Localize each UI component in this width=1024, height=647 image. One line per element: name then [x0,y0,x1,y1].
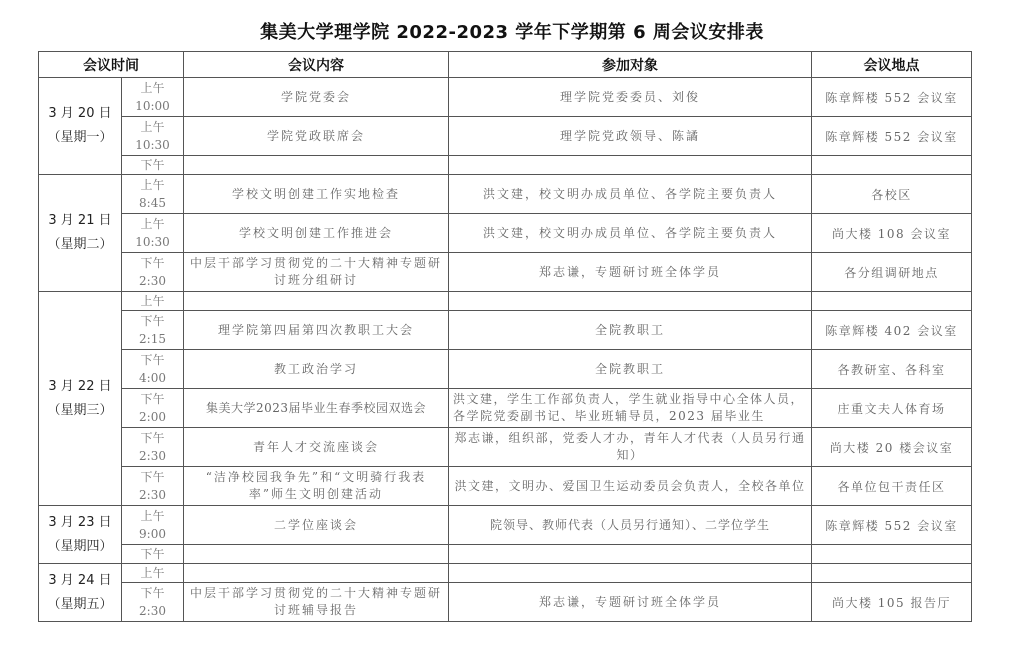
table-row: 下午2:15 理学院第四届第四次教职工大会 全院教职工 陈章辉楼 402 会议室 [39,311,972,350]
time-cell: 下午2:30 [122,428,184,467]
attendees-cell: 理学院党委委员、刘俊 [449,78,812,117]
location-cell [812,564,972,583]
table-row: 3 月 23 日 （星期四） 上午9:00 二学位座谈会 院领导、教师代表（人员… [39,506,972,545]
attendees-cell: 郑志谦，专题研讨班全体学员 [449,253,812,292]
attendees-cell: 院领导、教师代表（人员另行通知）、二学位学生 [449,506,812,545]
period-label: 下午 [122,545,183,563]
content-cell: 集美大学2023届毕业生春季校园双选会 [184,389,449,428]
time-label: 2:30 [122,272,183,290]
location-cell: 各教研室、各科室 [812,350,972,389]
date-label: 3 月 24 日 [39,569,121,593]
attendees-cell: 全院教职工 [449,311,812,350]
location-cell: 尚大楼 105 报告厅 [812,583,972,622]
table-row: 下午2:00 集美大学2023届毕业生春季校园双选会 洪文建，学生工作部负责人，… [39,389,972,428]
attendees-cell: 理学院党政领导、陈譎 [449,117,812,156]
content-cell: 教工政治学习 [184,350,449,389]
content-cell: 二学位座谈会 [184,506,449,545]
table-row: 下午2:30 青年人才交流座谈会 郑志谦，组织部，党委人才办，青年人才代表（人员… [39,428,972,467]
period-label: 下午 [122,312,183,330]
time-label: 10:00 [122,97,183,115]
time-cell: 下午4:00 [122,350,184,389]
content-cell: 学院党委会 [184,78,449,117]
location-cell: 陈章辉楼 552 会议室 [812,506,972,545]
table-row: 下午2:30 中层干部学习贯彻党的二十大精神专题研讨班分组研讨 郑志谦，专题研讨… [39,253,972,292]
table-row: 上午10:30 学院党政联席会 理学院党政领导、陈譎 陈章辉楼 552 会议室 [39,117,972,156]
location-cell [812,545,972,564]
time-cell: 下午2:30 [122,253,184,292]
weekday-label: （星期三） [39,399,121,423]
content-cell [184,292,449,311]
date-cell: 3 月 24 日 （星期五） [39,564,122,622]
content-cell: 中层干部学习贯彻党的二十大精神专题研讨班分组研讨 [184,253,449,292]
location-cell [812,156,972,175]
header-location: 会议地点 [812,52,972,78]
location-cell: 陈章辉楼 552 会议室 [812,117,972,156]
location-cell: 陈章辉楼 552 会议室 [812,78,972,117]
content-cell: 学院党政联席会 [184,117,449,156]
period-label: 下午 [122,584,183,602]
weekday-label: （星期一） [39,126,121,150]
date-label: 3 月 23 日 [39,511,121,535]
attendees-cell: 郑志谦，组织部，党委人才办，青年人才代表（人员另行通知） [449,428,812,467]
period-label: 上午 [122,292,183,310]
time-label: 4:00 [122,369,183,387]
time-label: 10:30 [122,136,183,154]
attendees-cell: 郑志谦，专题研讨班全体学员 [449,583,812,622]
time-label: 2:30 [122,602,183,620]
date-cell: 3 月 22 日 （星期三） [39,292,122,506]
time-cell: 下午 [122,545,184,564]
time-cell: 上午8:45 [122,175,184,214]
table-row: 3 月 20 日 （星期一） 上午10:00 学院党委会 理学院党委委员、刘俊 … [39,78,972,117]
location-cell: 各分组调研地点 [812,253,972,292]
time-label: 10:30 [122,233,183,251]
time-label: 2:30 [122,447,183,465]
location-cell: 各单位包干责任区 [812,467,972,506]
time-label: 2:15 [122,330,183,348]
date-cell: 3 月 23 日 （星期四） [39,506,122,564]
period-label: 上午 [122,79,183,97]
time-cell: 下午2:30 [122,583,184,622]
table-row: 下午4:00 教工政治学习 全院教职工 各教研室、各科室 [39,350,972,389]
attendees-cell [449,545,812,564]
weekday-label: （星期二） [39,233,121,257]
date-label: 3 月 20 日 [39,102,121,126]
time-label: 2:30 [122,486,183,504]
location-cell: 陈章辉楼 402 会议室 [812,311,972,350]
period-label: 下午 [122,429,183,447]
time-cell: 下午2:30 [122,467,184,506]
location-cell: 尚大楼 108 会议室 [812,214,972,253]
attendees-cell: 洪文建，校文明办成员单位、各学院主要负责人 [449,175,812,214]
attendees-cell: 洪文建，学生工作部负责人，学生就业指导中心全体人员，各学院党委副书记、毕业班辅导… [449,389,812,428]
time-label: 8:45 [122,194,183,212]
time-label: 2:00 [122,408,183,426]
content-cell: 学校文明创建工作推进会 [184,214,449,253]
table-row: 下午 [39,156,972,175]
content-cell [184,564,449,583]
weekday-label: （星期五） [39,593,121,617]
header-time: 会议时间 [39,52,184,78]
location-cell: 尚大楼 20 楼会议室 [812,428,972,467]
attendees-cell: 洪文建，文明办、爱国卫生运动委员会负责人，全校各单位 [449,467,812,506]
period-label: 上午 [122,176,183,194]
date-label: 3 月 21 日 [39,209,121,233]
time-cell: 上午 [122,292,184,311]
period-label: 下午 [122,254,183,272]
page-title: 集美大学理学院 2022-2023 学年下学期第 6 周会议安排表 [0,18,1024,44]
period-label: 上午 [122,215,183,233]
table-row: 上午10:30 学校文明创建工作推进会 洪文建，校文明办成员单位、各学院主要负责… [39,214,972,253]
period-label: 下午 [122,468,183,486]
attendees-cell: 全院教职工 [449,350,812,389]
time-cell: 下午2:15 [122,311,184,350]
table-row: 3 月 24 日 （星期五） 上午 [39,564,972,583]
period-label: 下午 [122,156,183,174]
header-row: 会议时间 会议内容 参加对象 会议地点 [39,52,972,78]
date-label: 3 月 22 日 [39,375,121,399]
weekday-label: （星期四） [39,535,121,559]
location-cell: 各校区 [812,175,972,214]
meeting-schedule-table: 会议时间 会议内容 参加对象 会议地点 3 月 20 日 （星期一） 上午10:… [38,51,972,622]
content-cell: 青年人才交流座谈会 [184,428,449,467]
time-cell: 上午 [122,564,184,583]
period-label: 上午 [122,118,183,136]
time-cell: 上午10:30 [122,117,184,156]
time-cell: 上午10:00 [122,78,184,117]
content-cell: “洁净校园我争先”和“文明骑行我表率”师生文明创建活动 [184,467,449,506]
time-cell: 上午10:30 [122,214,184,253]
location-cell [812,292,972,311]
time-cell: 上午9:00 [122,506,184,545]
date-cell: 3 月 21 日 （星期二） [39,175,122,292]
attendees-cell [449,564,812,583]
time-cell: 下午2:00 [122,389,184,428]
period-label: 上午 [122,507,183,525]
period-label: 上午 [122,564,183,582]
time-cell: 下午 [122,156,184,175]
attendees-cell: 洪文建，校文明办成员单位、各学院主要负责人 [449,214,812,253]
location-cell: 庄重文夫人体育场 [812,389,972,428]
period-label: 下午 [122,351,183,369]
date-cell: 3 月 20 日 （星期一） [39,78,122,175]
content-cell: 中层干部学习贯彻党的二十大精神专题研讨班辅导报告 [184,583,449,622]
header-attendees: 参加对象 [449,52,812,78]
table-row: 3 月 22 日 （星期三） 上午 [39,292,972,311]
attendees-cell [449,292,812,311]
table-row: 下午2:30 中层干部学习贯彻党的二十大精神专题研讨班辅导报告 郑志谦，专题研讨… [39,583,972,622]
content-cell [184,156,449,175]
content-cell: 学校文明创建工作实地检查 [184,175,449,214]
attendees-cell [449,156,812,175]
period-label: 下午 [122,390,183,408]
table-row: 下午2:30 “洁净校园我争先”和“文明骑行我表率”师生文明创建活动 洪文建，文… [39,467,972,506]
header-content: 会议内容 [184,52,449,78]
content-cell [184,545,449,564]
time-label: 9:00 [122,525,183,543]
table-row: 3 月 21 日 （星期二） 上午8:45 学校文明创建工作实地检查 洪文建，校… [39,175,972,214]
table-row: 下午 [39,545,972,564]
content-cell: 理学院第四届第四次教职工大会 [184,311,449,350]
